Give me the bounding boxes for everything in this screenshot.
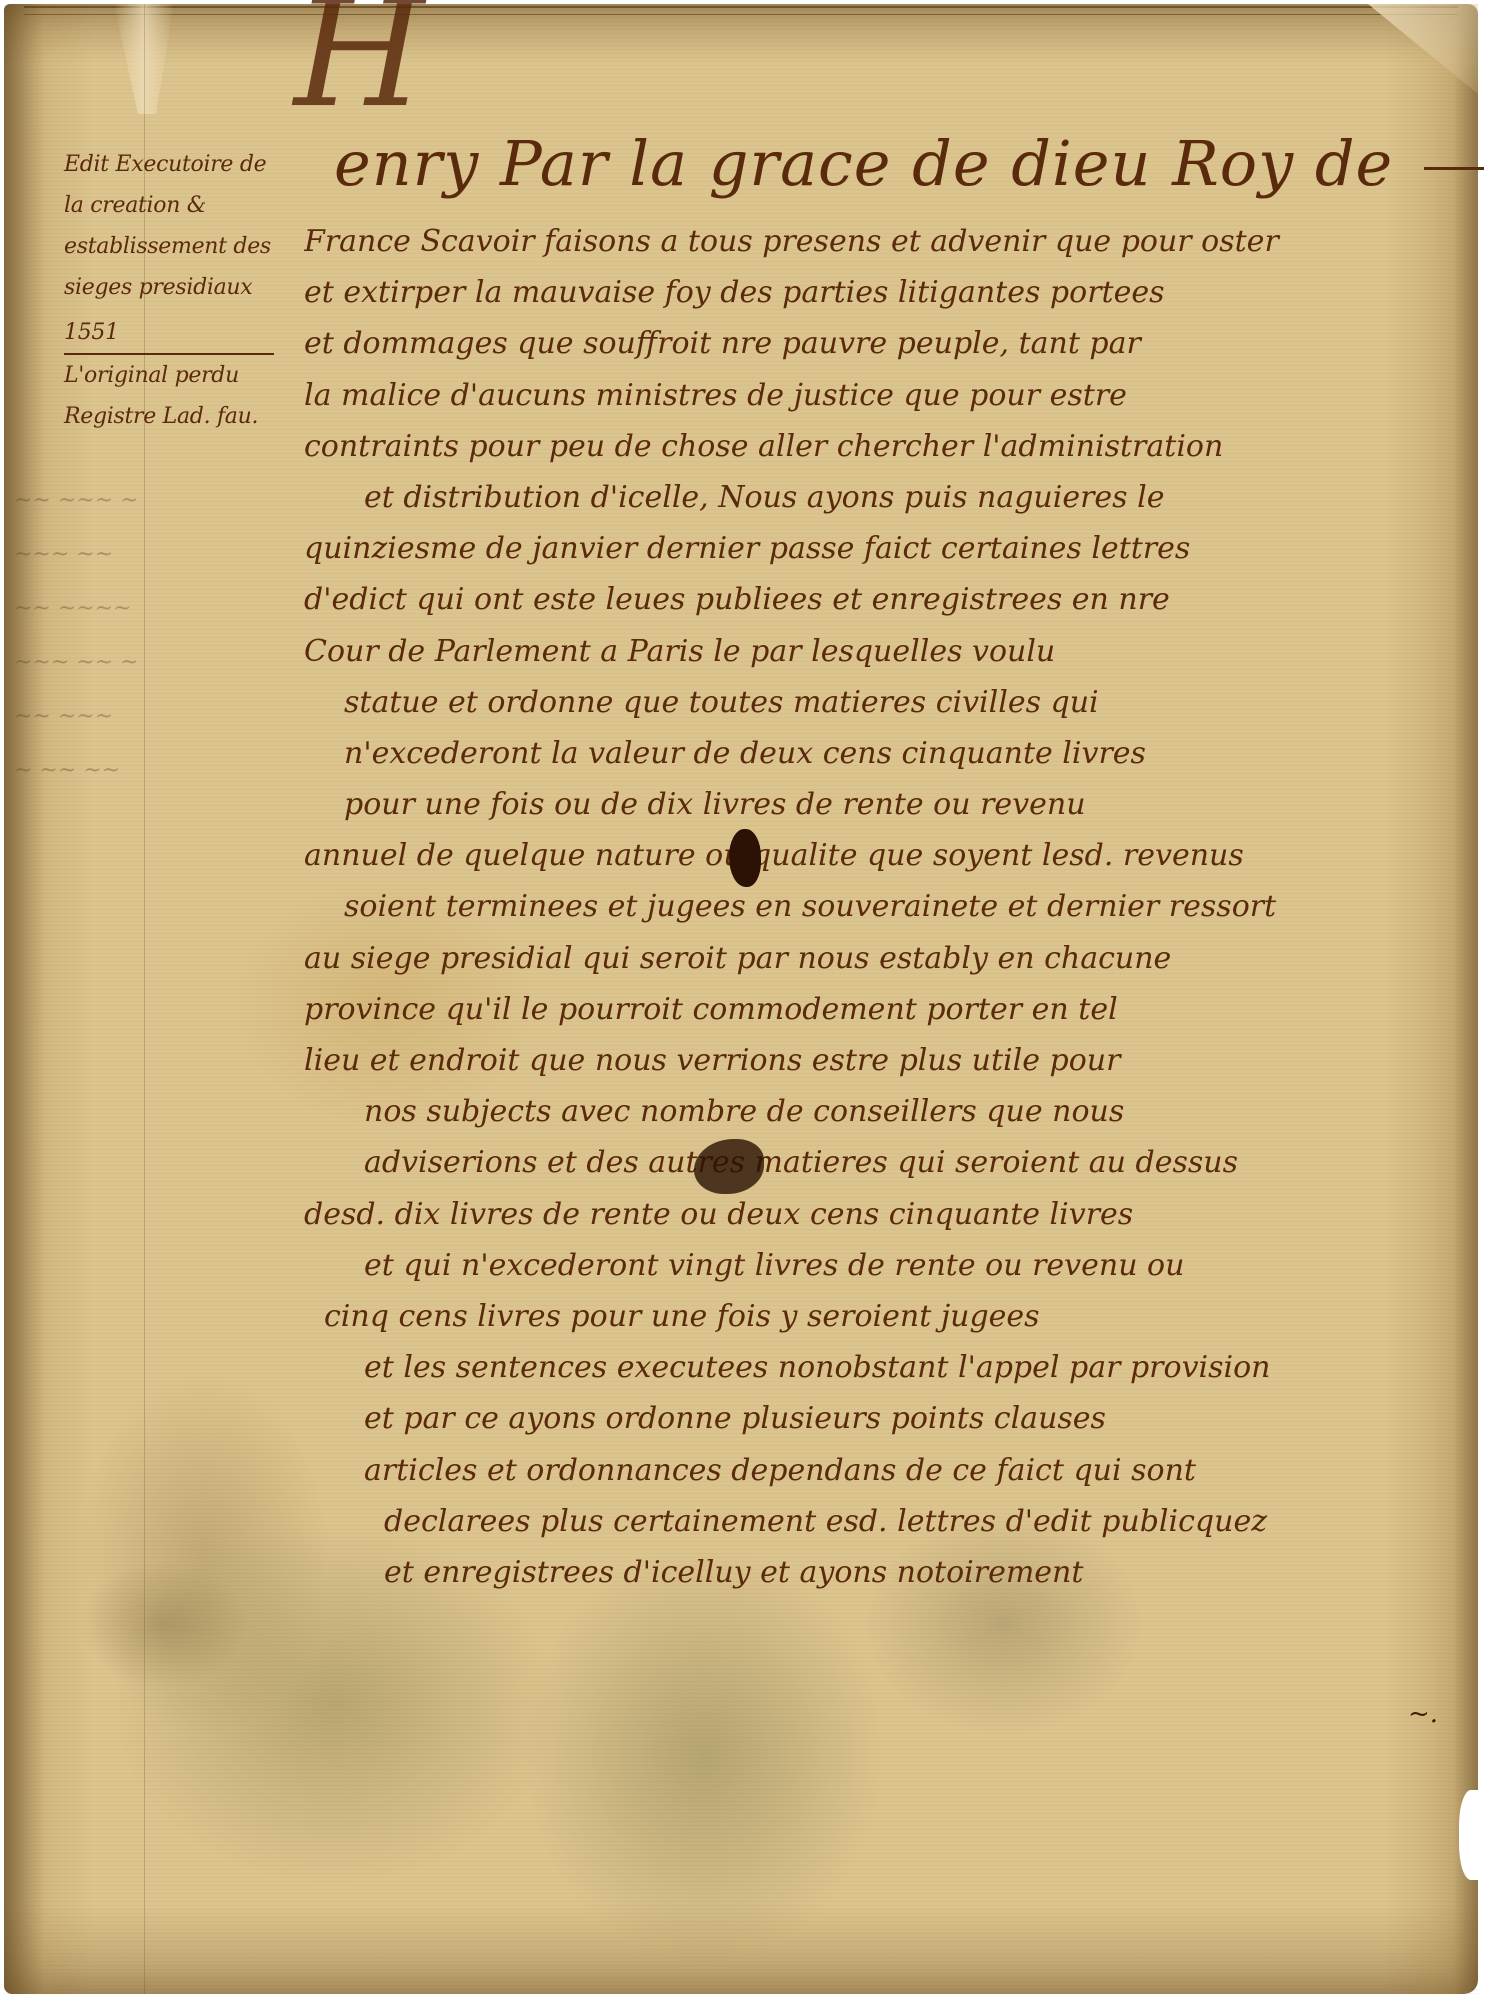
heading-text: enry Par la grace de dieu Roy de	[334, 127, 1393, 200]
faded-bleedthrough-text: ~~ ~~~ ~ ~~~ ~~ ~~ ~~~~ ~~~ ~~ ~ ~~ ~~~ …	[14, 474, 314, 798]
text-line: et distribution d'icelle, Nous ayons pui…	[304, 472, 1454, 523]
text-line: adviserions et des autres matieres qui s…	[304, 1137, 1454, 1188]
text-line: quinziesme de janvier dernier passe faic…	[304, 523, 1454, 574]
text-line: et enregistrees d'icelluy et ayons notoi…	[304, 1547, 1454, 1598]
text-line: soient terminees et jugees en souveraine…	[304, 881, 1454, 932]
margin-line: establissement des	[64, 226, 334, 267]
text-line: et dommages que souffroit nre pauvre peu…	[304, 318, 1454, 369]
text-line: au siege presidial qui seroit par nous e…	[304, 933, 1454, 984]
text-line: et extirper la mauvaise foy des parties …	[304, 267, 1454, 318]
text-line: n'excederont la valeur de deux cens cinq…	[304, 728, 1454, 779]
paper-fold-top-right	[1368, 4, 1478, 94]
body-text: France Scavoir faisons a tous presens et…	[304, 216, 1454, 1598]
manuscript-page: Edit Executoire de la creation & establi…	[4, 4, 1478, 1994]
text-line: d'edict qui ont este leues publiees et e…	[304, 574, 1454, 625]
text-line: et par ce ayons ordonne plusieurs points…	[304, 1393, 1454, 1444]
text-line: pour une fois ou de dix livres de rente …	[304, 779, 1454, 830]
text-line: contraints pour peu de chose aller cherc…	[304, 421, 1454, 472]
text-line: desd. dix livres de rente ou deux cens c…	[304, 1189, 1454, 1240]
text-line: statue et ordonne que toutes matieres ci…	[304, 677, 1454, 728]
text-line: et les sentences executees nonobstant l'…	[304, 1342, 1454, 1393]
decorated-initial: H	[294, 14, 426, 94]
page-top-edge	[24, 6, 1458, 15]
text-line: cinq cens livres pour une fois y seroien…	[304, 1291, 1454, 1342]
text-line: declarees plus certainement esd. lettres…	[304, 1496, 1454, 1547]
text-line: lieu et endroit que nous verrions estre …	[304, 1035, 1454, 1086]
margin-line: Registre Lad. fau.	[64, 396, 334, 437]
catchword-mark: ~.	[1408, 1699, 1438, 1729]
heading-line: H enry Par la grace de dieu Roy de	[334, 124, 1484, 204]
margin-date: 1551	[64, 312, 274, 355]
margin-line: L'original perdu	[64, 355, 334, 396]
text-line: France Scavoir faisons a tous presens et…	[304, 216, 1454, 267]
text-line: province qu'il le pourroit commodement p…	[304, 984, 1454, 1035]
text-line: la malice d'aucuns ministres de justice …	[304, 370, 1454, 421]
margin-line: Edit Executoire de	[64, 144, 334, 185]
margin-annotation: Edit Executoire de la creation & establi…	[64, 144, 334, 437]
text-line: et qui n'excederont vingt livres de rent…	[304, 1240, 1454, 1291]
text-line: annuel de quelque nature ou qualite que …	[304, 830, 1454, 881]
text-line: nos subjects avec nombre de conseillers …	[304, 1086, 1454, 1137]
margin-line: la creation &	[64, 185, 334, 226]
text-line: articles et ordonnances dependans de ce …	[304, 1445, 1454, 1496]
margin-line: sieges presidiaux	[64, 267, 334, 308]
torn-corner	[1459, 1790, 1485, 1880]
text-line: Cour de Parlement a Paris le par lesquel…	[304, 626, 1454, 677]
ink-blot	[729, 829, 761, 887]
